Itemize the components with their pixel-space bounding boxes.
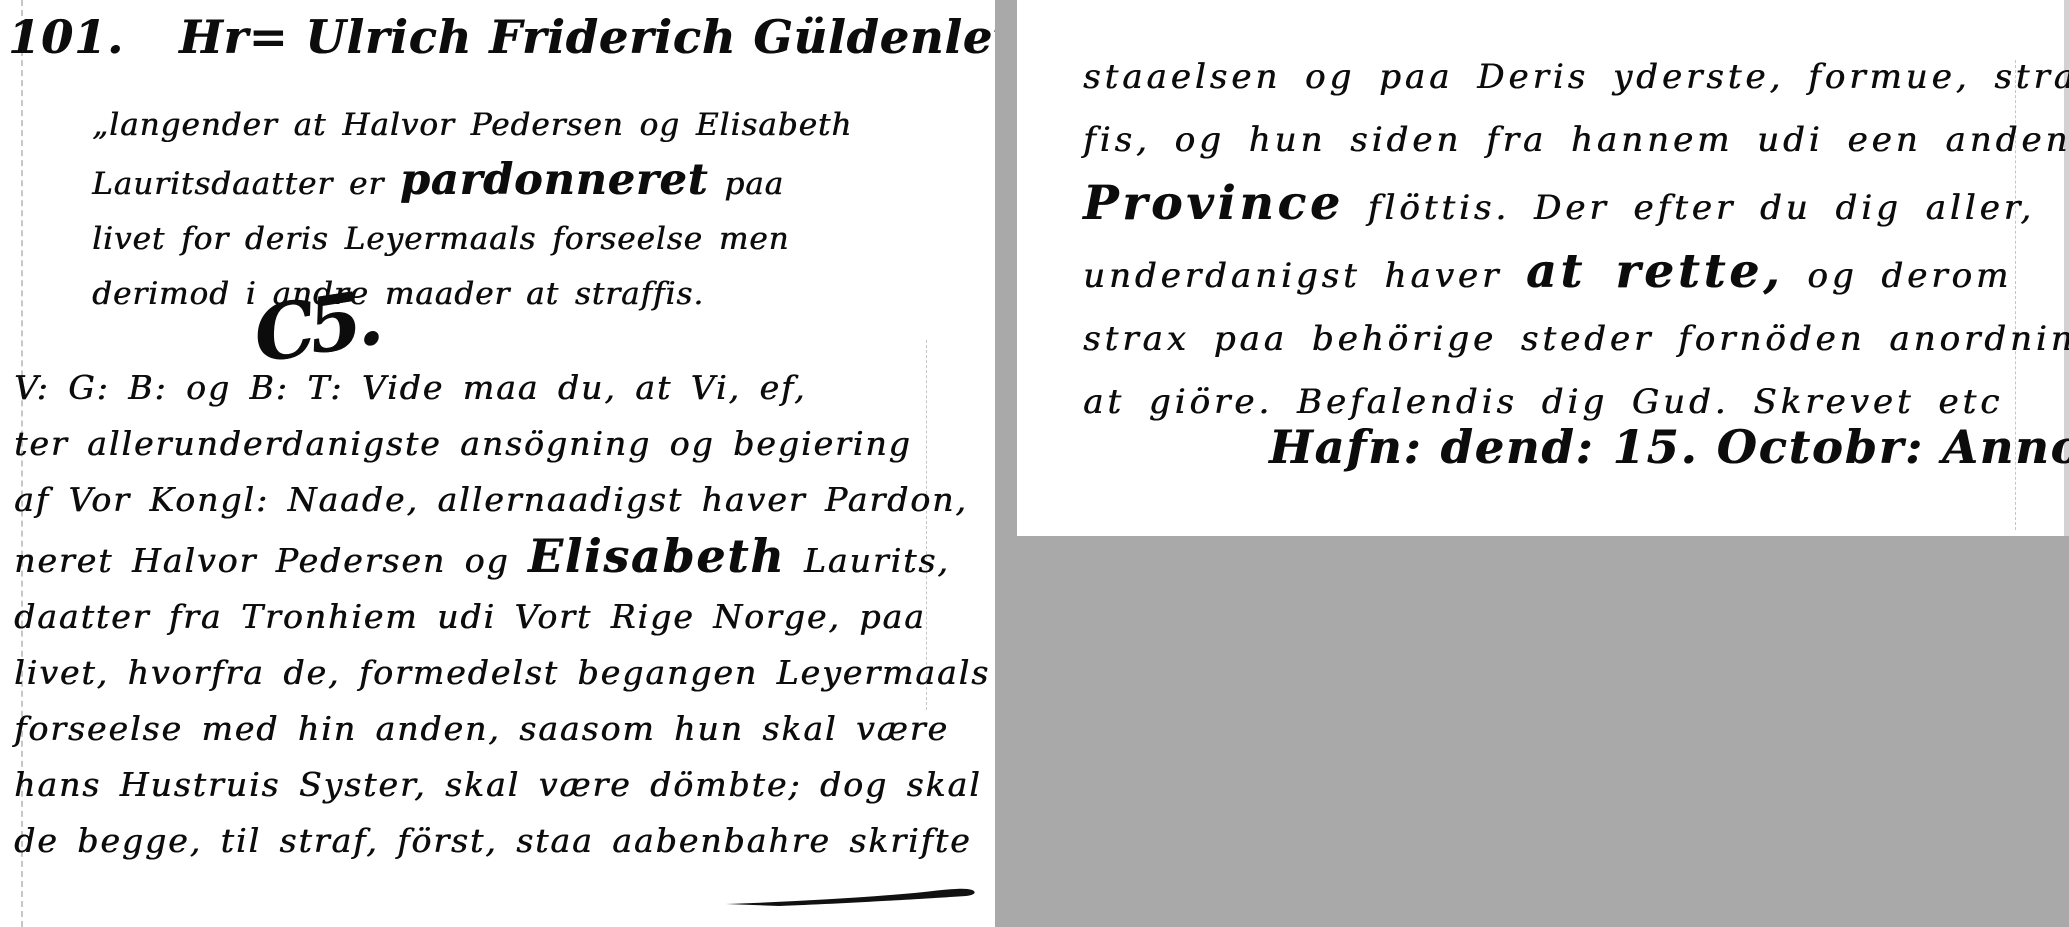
text-segment: neret Halvor Pedersen og [14, 541, 528, 580]
text-segment: V: G: B: og B: T: Vide maa du, at Vi, ef… [14, 368, 806, 407]
manuscript-line: af Vor Kongl: Naade, allernaadigst haver… [14, 472, 990, 528]
text-segment: staaelsen og paa Deris yderste, formue, … [1083, 57, 2069, 97]
text-segment: hans Hustruis Syster, skal være dömbte; … [14, 765, 982, 804]
manuscript-line: Province flöttis. Der efter du dig aller… [1083, 172, 2069, 240]
manuscript-line: underdanigst haver at rette, og derom [1083, 240, 2069, 308]
letter-body-right: staaelsen og paa Deris yderste, formue, … [1083, 46, 2069, 434]
manuscript-line: hans Hustruis Syster, skal være dömbte; … [14, 757, 990, 813]
text-segment: flöttis. Der efter du dig aller, [1344, 188, 2035, 228]
heading-line: 101. Hr= Ulrich Friderich Güldenlewe an, [8, 10, 995, 98]
text-segment: Hafn: dend: 15. Octobr: Anno 1692. [1269, 420, 2069, 474]
text-segment: paa [708, 166, 784, 202]
manuscript-line: ter allerunderdanigste ansögning og begi… [14, 416, 990, 472]
text-segment: de begge, til straf, först, staa aabenba… [14, 821, 972, 860]
manuscript-scan: 101. Hr= Ulrich Friderich Güldenlewe an,… [0, 0, 2069, 927]
text-segment: derimod i andre maader at straffis. [92, 276, 704, 312]
manuscript-line: Lauritsdaatter er pardonneret paa [92, 153, 852, 212]
entry-heading: 101. Hr= Ulrich Friderich Güldenlewe an, [8, 10, 995, 98]
manuscript-line: „langender at Halvor Pedersen og Elisabe… [92, 98, 852, 153]
manuscript-line: neret Halvor Pedersen og Elisabeth Lauri… [14, 528, 990, 589]
letter-body-left: V: G: B: og B: T: Vide maa du, at Vi, ef… [14, 360, 990, 869]
emphasized-word: pardonneret [400, 155, 708, 205]
text-segment: daatter fra Tronhiem udi Vort Rige Norge… [14, 597, 926, 636]
emphasized-word: Elisabeth [528, 529, 785, 583]
ink-flourish-line [724, 884, 982, 910]
manuscript-line: daatter fra Tronhiem udi Vort Rige Norge… [14, 589, 990, 645]
manuscript-line: fis, og hun siden fra hannem udi een and… [1083, 109, 2069, 172]
heading-text: Hr= Ulrich Friderich Güldenlewe an, [179, 10, 995, 64]
manuscript-line: staaelsen og paa Deris yderste, formue, … [1083, 46, 2069, 109]
text-segment: livet for deris Leyermaals forseelse men [92, 221, 789, 257]
manuscript-line: de begge, til straf, först, staa aabenba… [14, 813, 990, 869]
text-segment: fis, og hun siden fra hannem udi een and… [1083, 120, 2069, 160]
manuscript-line: livet for deris Leyermaals forseelse men [92, 212, 852, 267]
manuscript-left-page: 101. Hr= Ulrich Friderich Güldenlewe an,… [0, 0, 995, 927]
emphasized-word: at rette, [1526, 244, 1783, 299]
manuscript-line: forseelse med hin anden, saasom hun skal… [14, 701, 990, 757]
manuscript-line: V: G: B: og B: T: Vide maa du, at Vi, ef… [14, 360, 990, 416]
text-segment: Lauritsdaatter er [92, 166, 400, 202]
text-segment: underdanigst haver [1083, 256, 1526, 296]
manuscript-right-page: staaelsen og paa Deris yderste, formue, … [1017, 0, 2069, 536]
manuscript-line: Hafn: dend: 15. Octobr: Anno 1692. [1269, 420, 2069, 474]
text-segment: af Vor Kongl: Naade, allernaadigst haver… [14, 480, 968, 519]
text-segment: „langender at Halvor Pedersen og Elisabe… [92, 107, 852, 143]
text-segment: Laurits, [785, 541, 949, 580]
dateline: Hafn: dend: 15. Octobr: Anno 1692. [1269, 420, 2069, 474]
manuscript-line: livet, hvorfra de, formedelst begangen L… [14, 645, 990, 701]
emphasized-word: Province [1083, 176, 1344, 231]
entry-summary: „langender at Halvor Pedersen og Elisabe… [92, 98, 852, 322]
entry-number: 101. [8, 10, 124, 64]
text-segment: at giöre. Befalendis dig Gud. Skrevet et… [1083, 382, 2003, 422]
manuscript-line: derimod i andre maader at straffis. [92, 267, 852, 322]
text-segment: ter allerunderdanigste ansögning og begi… [14, 424, 912, 463]
text-segment: livet, hvorfra de, formedelst begangen L… [14, 653, 990, 692]
text-segment: og derom [1783, 256, 2012, 296]
manuscript-line: strax paa behörige steder fornöden anord… [1083, 308, 2069, 371]
text-segment: forseelse med hin anden, saasom hun skal… [14, 709, 949, 748]
text-segment: strax paa behörige steder fornöden anord… [1083, 319, 2069, 359]
